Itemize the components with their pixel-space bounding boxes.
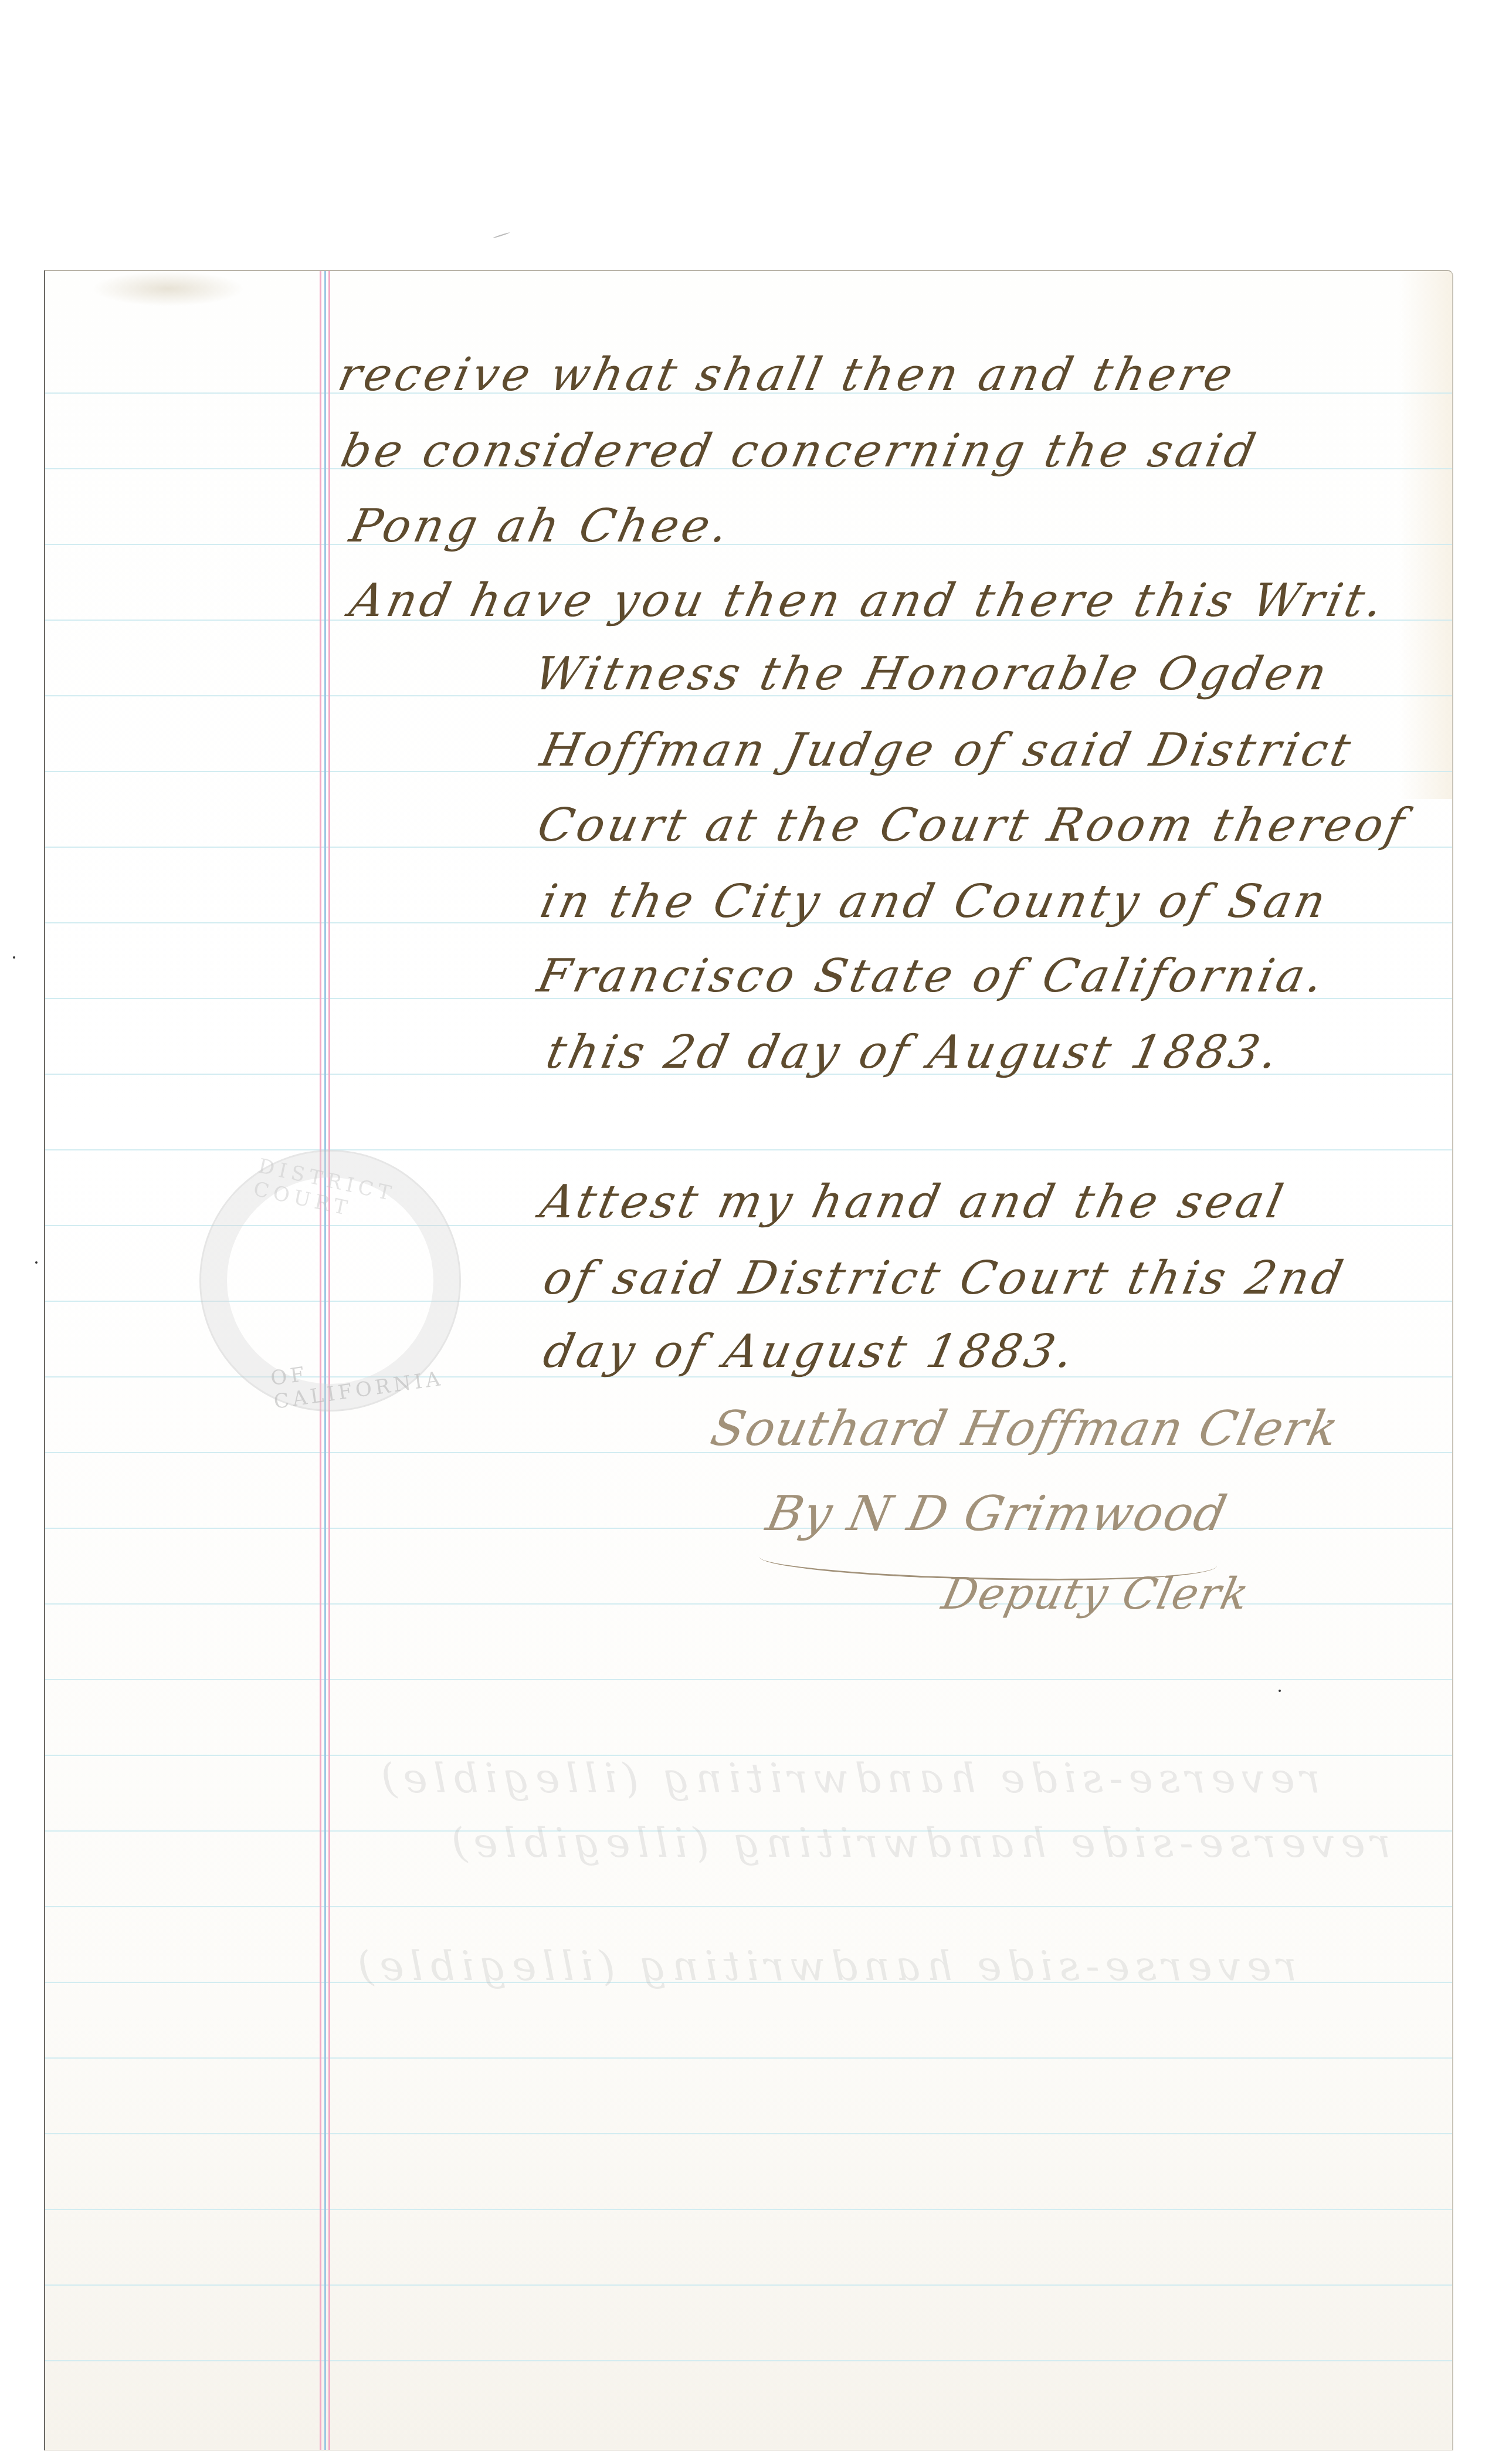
- handwritten-line: receive what shall then and there: [334, 352, 1240, 398]
- ruled-line: [45, 2209, 1452, 2210]
- handwritten-line: Hoffman Judge of said District: [537, 727, 1358, 773]
- ruled-line: [45, 2057, 1452, 2059]
- bleed-through-text: reverse-side handwriting (illegible): [375, 1754, 1320, 1802]
- paper-edge-tint: [1399, 271, 1452, 799]
- scan-speck: [35, 1261, 38, 1264]
- signature-deputy-title: Deputy Clerk: [938, 1572, 1253, 1616]
- handwritten-line: in the City and County of San: [537, 879, 1333, 925]
- bleed-through-text: reverse-side handwriting (illegible): [446, 1819, 1391, 1867]
- court-seal-emboss: DISTRICT COURT OF CALIFORNIA: [199, 1150, 461, 1412]
- handwritten-line: day of August 1883.: [540, 1329, 1081, 1375]
- handwritten-line: Court at the Court Room thereof: [534, 803, 1412, 848]
- handwritten-line: Francisco State of California.: [534, 953, 1331, 999]
- signature-deputy-name: By N D Grimwood: [762, 1490, 1232, 1538]
- scan-speck: [1279, 1690, 1281, 1692]
- ruled-line: [45, 1528, 1452, 1529]
- ruled-line: [45, 1906, 1452, 1907]
- ruled-line: [45, 1149, 1452, 1150]
- handwritten-line: be considered concerning the said: [337, 428, 1263, 474]
- paper-stain: [92, 271, 245, 306]
- ruled-line: [45, 1679, 1452, 1680]
- ruled-line: [45, 2284, 1452, 2286]
- ruled-line: [45, 2360, 1452, 2361]
- ruled-line: [45, 2133, 1452, 2134]
- handwritten-line: of said District Court this 2nd: [540, 1255, 1350, 1301]
- bleed-through-text: reverse-side handwriting (illegible): [352, 1942, 1297, 1990]
- handwritten-line: Attest my hand and the seal: [537, 1179, 1290, 1225]
- ruled-line: [45, 544, 1452, 545]
- handwritten-line: And have you then and there this Writ.: [346, 578, 1390, 624]
- handwritten-line: this 2d day of August 1883.: [542, 1030, 1285, 1075]
- handwritten-line: Witness the Honorable Ogden: [531, 651, 1334, 697]
- scan-speck: [13, 956, 15, 959]
- signature-clerk: Southard Hoffman Clerk: [707, 1405, 1344, 1453]
- handwritten-line: Pong ah Chee.: [346, 503, 735, 549]
